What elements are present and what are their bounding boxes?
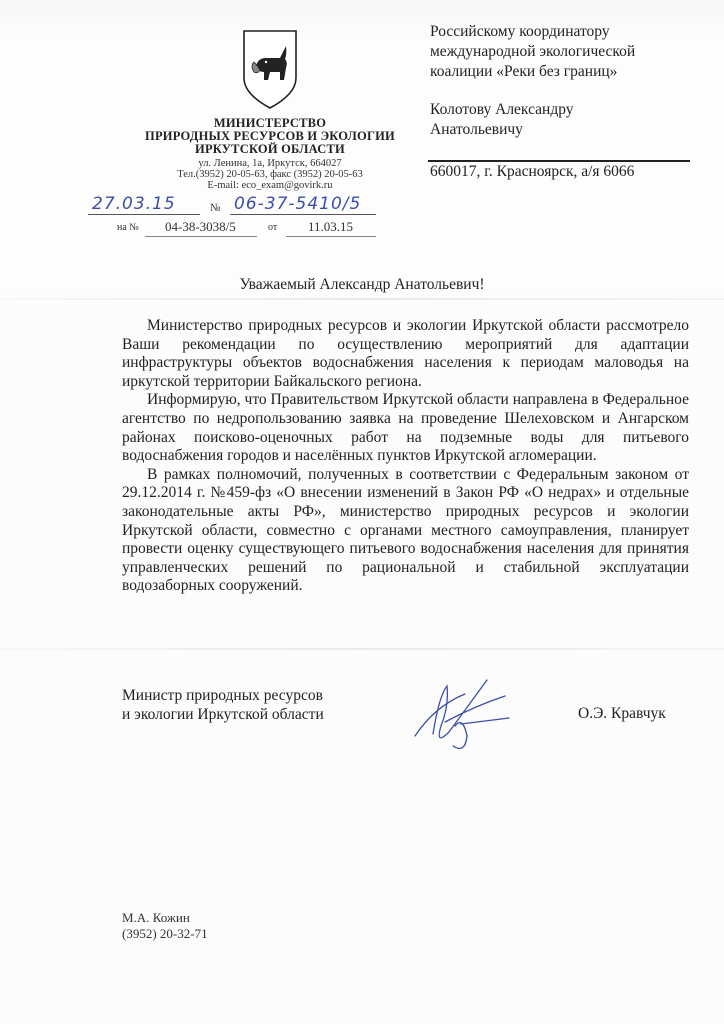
signatory-title-line: и экологии Иркутской области [122, 705, 324, 724]
ministry-line: ИРКУТСКОЙ ОБЛАСТИ [135, 143, 405, 156]
salutation: Уважаемый Александр Анатольевич! [0, 276, 724, 294]
recipient-address: 660017, г. Красноярск, а/я 6066 [430, 163, 634, 181]
recipient-block: Российскому координатору международной э… [430, 22, 635, 140]
signatory-title-line: Министр природных ресурсов [122, 686, 324, 705]
letterhead: МИНИСТЕРСТВО ПРИРОДНЫХ РЕСУРСОВ И ЭКОЛОГ… [135, 28, 405, 191]
reply-date: 11.03.15 [308, 219, 353, 235]
underline [145, 236, 257, 237]
outgoing-number: 06-37-5410/5 [234, 194, 361, 214]
reply-number: 04-38-3038/5 [165, 219, 236, 235]
ministry-name: МИНИСТЕРСТВО ПРИРОДНЫХ РЕСУРСОВ И ЭКОЛОГ… [135, 117, 405, 156]
body-paragraph: В рамках полномочий, полученных в соотве… [122, 466, 689, 596]
letter-body: Министерство природных ресурсов и эколог… [122, 317, 689, 596]
underline [286, 236, 376, 237]
ministry-phone: Тел.(3952) 20-05-63, факс (3952) 20-05-6… [135, 169, 405, 180]
recipient-name: Анатольевичу [430, 120, 635, 140]
handwritten-signature-icon [405, 676, 515, 756]
paper-fold-line [0, 298, 724, 300]
ministry-contacts: ул. Ленина, 1а, Иркутск, 664027 Тел.(395… [135, 158, 405, 191]
number-label: № [210, 202, 221, 214]
executor-phone: (3952) 20-32-71 [122, 926, 208, 942]
recipient-line: коалиции «Реки без границ» [430, 62, 635, 82]
executor-name: М.А. Кожин [122, 910, 208, 926]
underline [230, 214, 376, 215]
signatory-title: Министр природных ресурсов и экологии Ир… [122, 686, 324, 724]
recipient-name: Колотову Александру [430, 100, 635, 120]
letter-page: МИНИСТЕРСТВО ПРИРОДНЫХ РЕСУРСОВ И ЭКОЛОГ… [0, 0, 724, 1024]
body-paragraph: Министерство природных ресурсов и эколог… [122, 317, 689, 391]
paper-fold-line [0, 648, 724, 650]
recipient-line: международной экологической [430, 42, 635, 62]
underline [88, 214, 200, 215]
address-rule [428, 160, 690, 162]
recipient-line: Российскому координатору [430, 22, 635, 42]
ministry-address: ул. Ленина, 1а, Иркутск, 664027 [135, 158, 405, 169]
reply-number-label: на № [117, 222, 139, 233]
signatory-name: О.Э. Кравчук [578, 705, 666, 723]
irkutsk-coat-of-arms-icon [240, 28, 300, 110]
from-label: от [268, 222, 277, 233]
ministry-email: E-mail: eco_exam@govirk.ru [135, 180, 405, 191]
executor-block: М.А. Кожин (3952) 20-32-71 [122, 910, 208, 942]
body-paragraph: Информирую, что Правительством Иркутской… [122, 391, 689, 465]
outgoing-date: 27.03.15 [92, 194, 176, 214]
